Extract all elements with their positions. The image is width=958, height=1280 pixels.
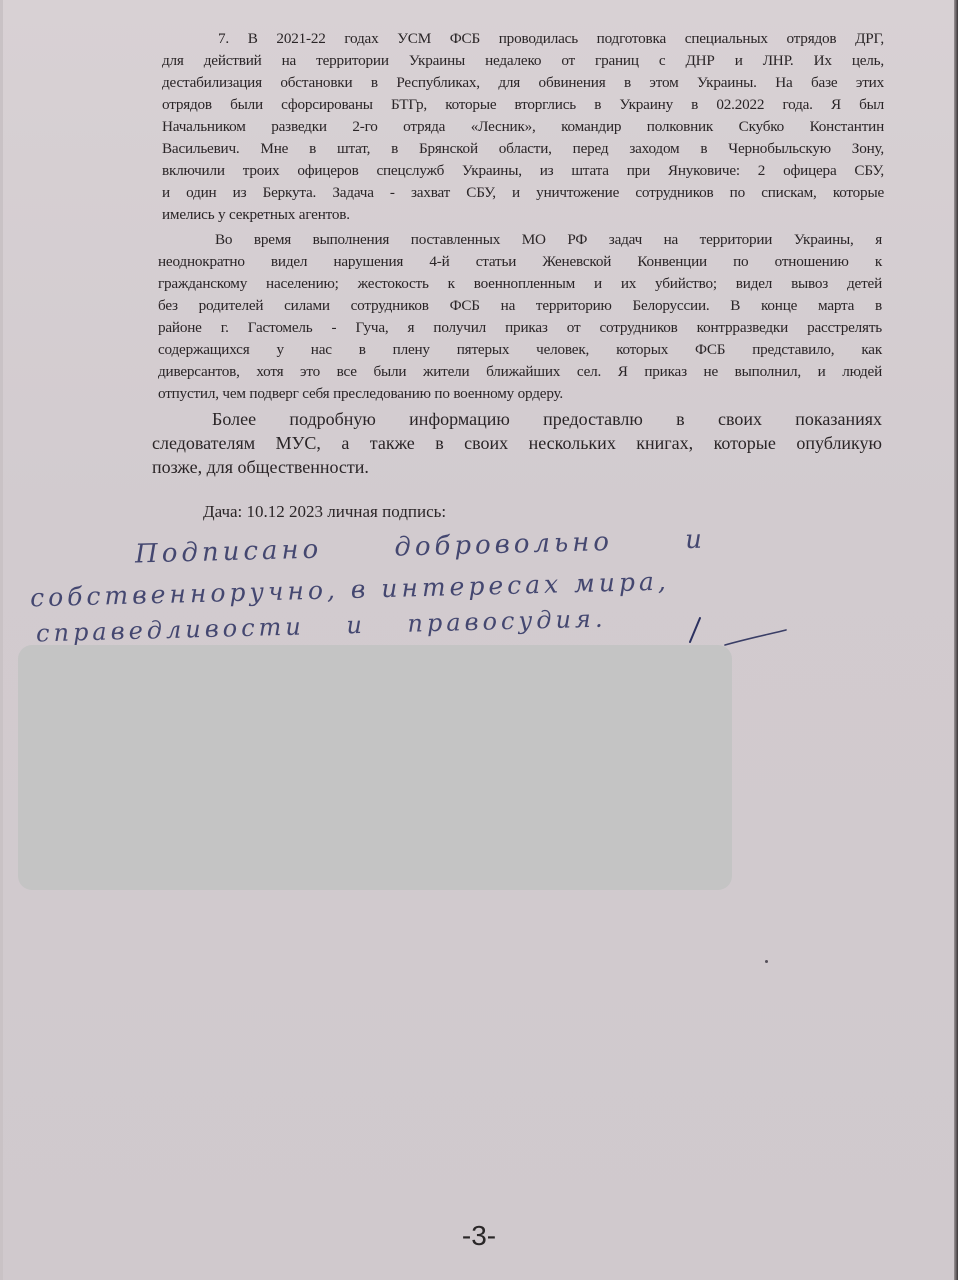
speck-mark: [765, 960, 768, 963]
page-edge-right: [954, 0, 958, 1280]
text-line: Начальником разведки 2-го отряда «Лесник…: [162, 118, 884, 136]
text-line: без родителей силами сотрудников ФСБ на …: [158, 297, 882, 315]
text-line: районе г. Гастомель - Гуча, я получил пр…: [158, 319, 882, 337]
signature-stroke-icon: [680, 600, 790, 650]
date-signature-line: Дача: 10.12 2023 личная подпись:: [203, 502, 446, 522]
text-line: Васильевич. Мне в штат, в Брянской облас…: [162, 140, 884, 158]
text-line: и один из Беркута. Задача - захват СБУ, …: [162, 184, 884, 202]
text-line: неоднократно видел нарушения 4-й статьи …: [158, 253, 882, 271]
text-line: содержащихся у нас в плену пятерых челов…: [158, 341, 882, 359]
text-line: для действий на территории Украины недал…: [162, 52, 884, 70]
text-line: позже, для общественности.: [152, 457, 882, 478]
page-number: -3-: [0, 1220, 958, 1252]
text-line: Более подробную информацию предоставлю в…: [212, 409, 882, 430]
text-line: Во время выполнения поставленных МО РФ з…: [215, 231, 882, 249]
redacted-area: [18, 645, 732, 890]
text-line: гражданскому населению; жестокость к вое…: [158, 275, 882, 293]
handwritten-line: Подписано добровольно и: [135, 525, 707, 570]
text-line: включили троих офицеров спецслужб Украин…: [162, 162, 884, 180]
handwritten-line: справедливости и правосудия.: [36, 605, 607, 648]
page-edge-left: [0, 0, 3, 1280]
text-line: имелись у секретных агентов.: [162, 206, 884, 224]
text-line: дестабилизация обстановки в Республиках,…: [162, 74, 884, 92]
text-line: отрядов были сфорсированы БТГр, которые …: [162, 96, 884, 114]
text-line: диверсантов, хотя это все были жители бл…: [158, 363, 882, 381]
document-page: 7. В 2021-22 годах УСМ ФСБ проводилась п…: [0, 0, 958, 1280]
text-line: следователям МУС, а также в своих нескол…: [152, 433, 882, 454]
text-line: 7. В 2021-22 годах УСМ ФСБ проводилась п…: [218, 30, 884, 48]
text-line: отпустил, чем подверг себя преследованию…: [158, 385, 882, 403]
